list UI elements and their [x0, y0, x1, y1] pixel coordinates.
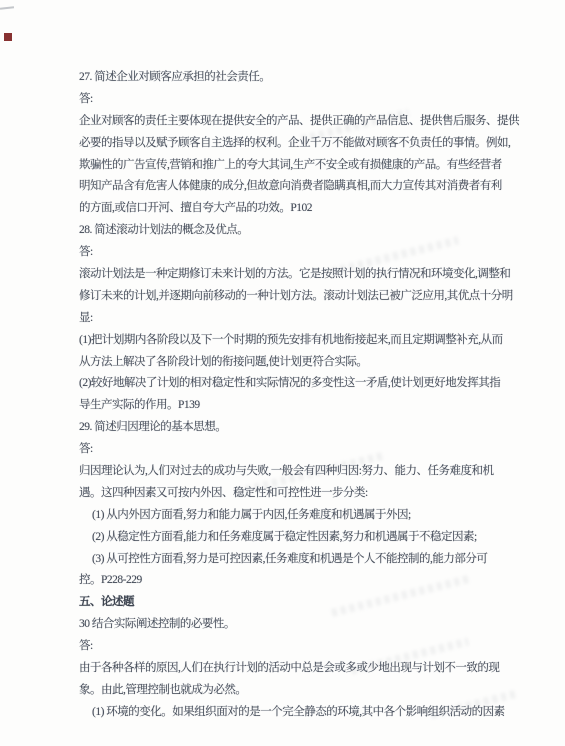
text-line: 象。由此,管理控制也就成为必然。: [79, 680, 524, 702]
text-line: 答:: [79, 242, 524, 264]
scan-artifact-red-mark: [4, 33, 12, 41]
text-line: (3) 从可控性方面看,努力是可控因素,任务难度和机遇是个人不能控制的,能力部分…: [79, 549, 524, 571]
text-line: 答:: [79, 636, 524, 658]
text-line: 企业对顾客的责任主要体现在提供安全的产品、提供正确的产品信息、提供售后服务、提供: [79, 111, 524, 133]
text-line: 导生产实际的作用。P139: [79, 395, 524, 417]
text-line: 答:: [79, 89, 524, 111]
text-line: (2) 从稳定性方面看,能力和任务难度属于稳定性因素,努力和机遇属于不稳定因素;: [79, 527, 524, 549]
text-line: (1) 环境的变化。如果组织面对的是一个完全静态的环境,其中各个影响组织活动的因…: [79, 702, 524, 724]
scan-artifact-corner-line: [0, 6, 14, 9]
scanned-document-page: 27. 简述企业对顾客应承担的社会责任。答:企业对顾客的责任主要体现在提供安全的…: [0, 0, 565, 746]
text-line: 滚动计划法是一种定期修订未来计划的方法。它是按照计划的执行情况和环境变化,调整和: [79, 264, 524, 286]
text-line: 的方面,或信口开河、擅自夸大产品的功效。P102: [79, 198, 524, 220]
text-line: 必要的指导以及赋予顾客自主选择的权利。企业千万不能做对顾客不负责任的事情。例如,: [79, 133, 524, 155]
text-line: (1)把计划期内各阶段以及下一个时期的预先安排有机地衔接起来,而且定期调整补充,…: [79, 330, 524, 352]
text-line: 由于各种各样的原因,人们在执行计划的活动中总是会或多或少地出现与计划不一致的现: [79, 658, 524, 680]
text-line: (1) 从内外因方面看,努力和能力属于内因,任务难度和机遇属于外因;: [79, 505, 524, 527]
text-line: 30 结合实际阐述控制的必要性。: [79, 614, 524, 636]
text-line: 28. 简述滚动计划法的概念及优点。: [79, 220, 524, 242]
text-line: 五、论述题: [79, 592, 524, 614]
text-line: (2)较好地解决了计划的相对稳定性和实际情况的多变性这一矛盾,使计划更好地发挥其…: [79, 373, 524, 395]
text-line: 遇。这四种因素又可按内外因、稳定性和可控性进一步分类:: [79, 483, 524, 505]
text-line: 控。P228-229: [79, 570, 524, 592]
text-line: 显:: [79, 308, 524, 330]
text-line: 从方法上解决了各阶段计划的衔接问题,使计划更符合实际。: [79, 352, 524, 374]
text-line: 29. 简述归因理论的基本思想。: [79, 417, 524, 439]
text-line: 27. 简述企业对顾客应承担的社会责任。: [79, 67, 524, 89]
document-lines: 27. 简述企业对顾客应承担的社会责任。答:企业对顾客的责任主要体现在提供安全的…: [79, 67, 524, 724]
text-line: 欺骗性的广告宣传,营销和推广上的夸大其词,生产不安全或有损健康的产品。有些经营者: [79, 155, 524, 177]
text-line: 答:: [79, 439, 524, 461]
text-line: 归因理论认为,人们对过去的成功与失败,一般会有四种归因:努力、能力、任务难度和机: [79, 461, 524, 483]
text-line: 明知产品含有危害人体健康的成分,但故意向消费者隐瞒真相,而大力宣传其对消费者有利: [79, 176, 524, 198]
text-line: 修订未来的计划,并逐期向前移动的一种计划方法。滚动计划法已被广泛应用,其优点十分…: [79, 286, 524, 308]
